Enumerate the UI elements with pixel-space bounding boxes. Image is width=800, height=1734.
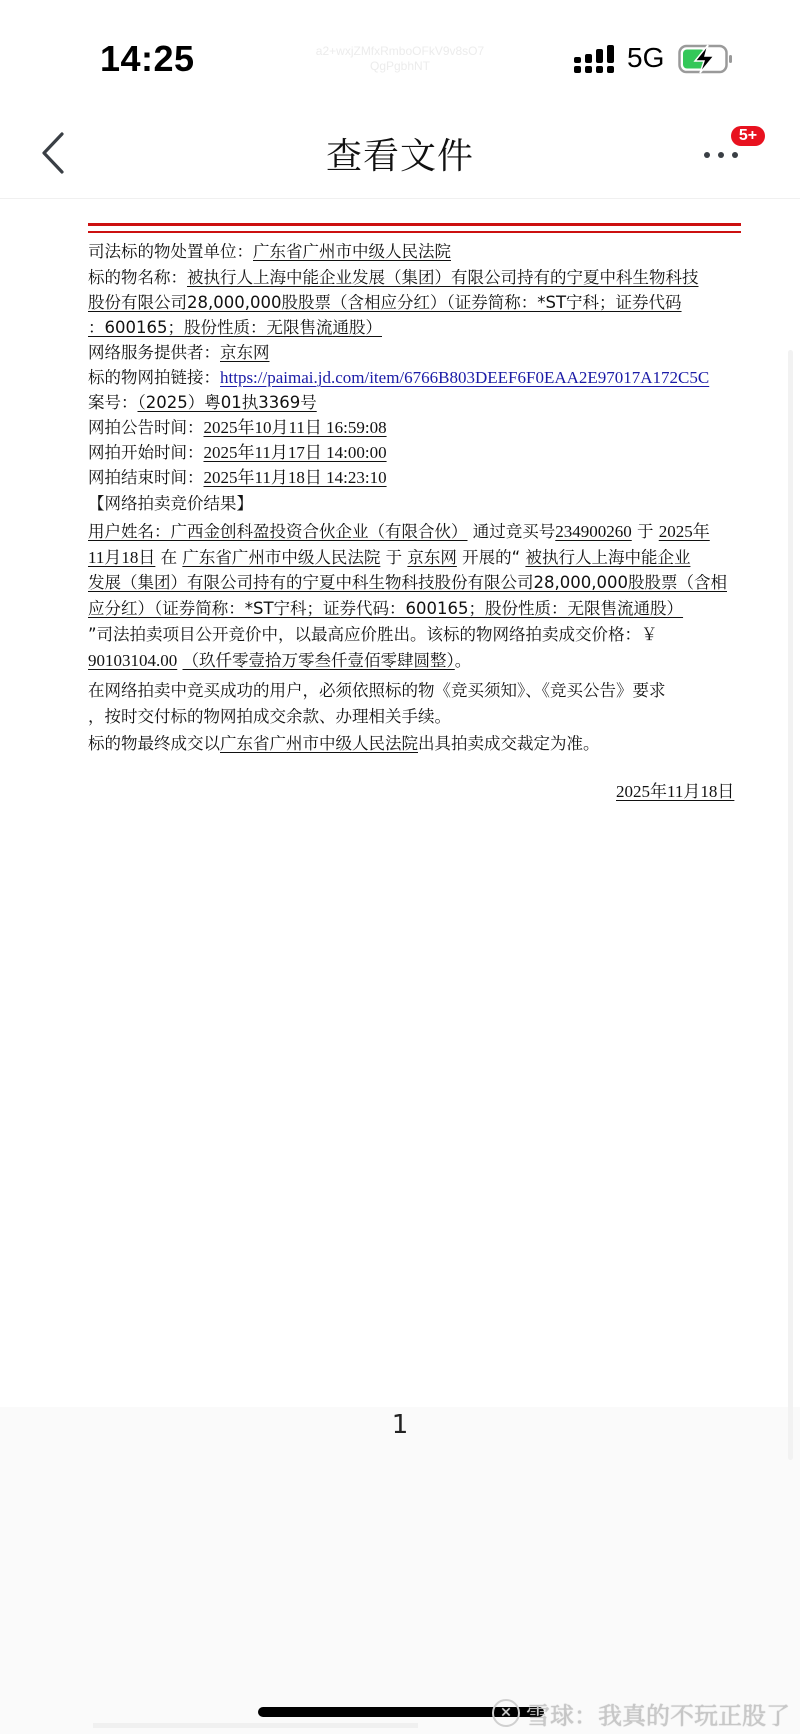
field-value: （2025）粤01执3369号 [138, 393, 317, 412]
network-type: 5G [627, 42, 664, 74]
text: 标的物最终成交以 [88, 734, 220, 753]
item-name: 应分红）（证券简称：*ST宁科；证券代码：600165；股份性质：无限售流通股） [88, 599, 683, 618]
field-value: 广东省广州市中级人民法院 [253, 242, 451, 261]
field-value: 京东网 [220, 343, 270, 362]
field-label: 司法标的物处置单位： [88, 242, 253, 261]
watermark-text: 雪球：我真的不玩正股了 [526, 1696, 790, 1731]
text: 于 [386, 548, 403, 567]
result-line-2: 11月18日 在 广东省广州市中级人民法院 于 京东网 开展的“ 被执行人上海中… [88, 547, 690, 569]
deal-date: 2025年 [659, 522, 710, 541]
notification-badge: 5+ [731, 126, 765, 146]
top-watermark-line2: QgPgbhNT [290, 59, 510, 74]
header-red-line-thin [88, 231, 741, 233]
field-value: 2025年11月18日 14:23:10 [204, 468, 387, 487]
document-page: 司法标的物处置单位：广东省广州市中级人民法院 标的物名称：被执行人上海中能企业发… [0, 200, 800, 1407]
text: ”司法拍卖项目公开竞价中，以最高应价胜出。该标的物网络拍卖成交价格：￥ [88, 625, 658, 644]
nav-header: 查看文件 5+ [0, 100, 800, 199]
header-red-line [88, 223, 741, 226]
top-watermark: a2+wxjZMfxRmboOFkV9v8sO7 QgPgbhNT [290, 44, 510, 74]
status-bar: 14:25 a2+wxjZMfxRmboOFkV9v8sO7 QgPgbhNT … [0, 0, 800, 100]
field-label: 标的物网拍链接： [88, 368, 220, 387]
result-line-5: ”司法拍卖项目公开竞价中，以最高应价胜出。该标的物网络拍卖成交价格：￥ [88, 624, 658, 646]
deal-price-words: （玖仟零壹拾万零叁仟壹佰零肆圆整） [183, 651, 455, 670]
result-heading: 【网络拍卖竞价结果】 [88, 493, 253, 515]
doc-line-case-no: 案号：（2025）粤01执3369号 [88, 392, 317, 414]
bottom-watermark: ✕ 雪球：我真的不玩正股了 [492, 1695, 790, 1731]
platform-name: 京东网 [407, 548, 457, 567]
more-dots-icon [718, 152, 724, 158]
result-line-3: 发展（集团）有限公司持有的宁夏中科生物科技股份有限公司28,000,000股股票… [88, 572, 727, 594]
field-value: 2025年10月11日 16:59:08 [204, 418, 387, 437]
text: 通过竞买号 [473, 522, 556, 541]
bid-number: 234900260 [555, 522, 632, 541]
doc-line-link: 标的物网拍链接：https://paimai.jd.com/item/6766B… [88, 367, 709, 389]
doc-line-announce-time: 网拍公告时间：2025年10月11日 16:59:08 [88, 417, 387, 439]
document-viewer[interactable]: 司法标的物处置单位：广东省广州市中级人民法院 标的物名称：被执行人上海中能企业发… [0, 200, 800, 1734]
status-time: 14:25 [100, 38, 195, 80]
field-label: 网拍公告时间： [88, 418, 204, 437]
doc-line-provider: 网络服务提供者：京东网 [88, 342, 270, 364]
deal-price: 90103104.00 [88, 651, 177, 670]
field-label: 案号： [88, 393, 138, 412]
field-value: ：600165；股份性质：无限售流通股） [88, 318, 382, 337]
text: 在 [161, 548, 178, 567]
signal-icon [574, 45, 614, 73]
battery-charging-icon [678, 44, 734, 74]
field-label: 网络服务提供者： [88, 343, 220, 362]
result-line-4: 应分红）（证券简称：*ST宁科；证券代码：600165；股份性质：无限售流通股） [88, 598, 683, 620]
text: 于 [637, 522, 654, 541]
doc-line-court: 司法标的物处置单位：广东省广州市中级人民法院 [88, 241, 451, 263]
top-watermark-line1: a2+wxjZMfxRmboOFkV9v8sO7 [290, 44, 510, 59]
field-value: 股份有限公司28,000,000股股票（含相应分红）（证券简称：*ST宁科；证券… [88, 293, 682, 312]
buyer-name: 用户姓名：广西金创科盈投资合伙企业（有限合伙） [88, 522, 468, 541]
field-label: 标的物名称： [88, 268, 187, 287]
doc-line-item-name-cont2: ：600165；股份性质：无限售流通股） [88, 317, 382, 339]
doc-line-start-time: 网拍开始时间：2025年11月17日 14:00:00 [88, 442, 387, 464]
home-track [93, 1723, 418, 1728]
court-name: 广东省广州市中级人民法院 [220, 734, 418, 753]
text: 。 [455, 651, 472, 670]
scrollbar[interactable] [788, 350, 793, 1460]
more-dots-icon [704, 152, 710, 158]
signature-date: 2025年11月18日 [616, 781, 734, 803]
court-name: 广东省广州市中级人民法院 [182, 548, 380, 567]
result-line-1: 用户姓名：广西金创科盈投资合伙企业（有限合伙） 通过竞买号234900260 于… [88, 521, 710, 543]
page-number: 1 [0, 1410, 800, 1440]
final-line: 标的物最终成交以广东省广州市中级人民法院出具拍卖成交裁定为准。 [88, 733, 600, 755]
notice-line-1: 在网络拍卖中竞买成功的用户，必须依照标的物《竞买须知》、《竞买公告》要求 [88, 680, 666, 702]
auction-link[interactable]: https://paimai.jd.com/item/6766B803DEEF6… [220, 368, 709, 387]
text: 开展的“ [462, 548, 520, 567]
field-value: 2025年11月17日 14:00:00 [204, 443, 387, 462]
page-title: 查看文件 [0, 128, 800, 179]
field-label: 网拍开始时间： [88, 443, 204, 462]
doc-line-item-name-cont: 股份有限公司28,000,000股股票（含相应分红）（证券简称：*ST宁科；证券… [88, 292, 682, 314]
notice-line-2: ，按时交付标的物网拍成交余款、办理相关手续。 [88, 706, 451, 728]
sign-date: 2025年11月18日 [616, 782, 734, 801]
more-dots-icon [732, 152, 738, 158]
xueqiu-logo-icon: ✕ [492, 1699, 520, 1727]
doc-line-end-time: 网拍结束时间：2025年11月18日 14:23:10 [88, 467, 387, 489]
item-name: 发展（集团）有限公司持有的宁夏中科生物科技股份有限公司28,000,000股股票… [88, 573, 727, 592]
field-value: 被执行人上海中能企业发展（集团）有限公司持有的宁夏中科生物科技 [187, 268, 699, 287]
field-label: 网拍结束时间： [88, 468, 204, 487]
result-line-6: 90103104.00 （玖仟零壹拾万零叁仟壹佰零肆圆整）。 [88, 650, 471, 672]
text: 出具拍卖成交裁定为准。 [418, 734, 600, 753]
doc-line-item-name: 标的物名称：被执行人上海中能企业发展（集团）有限公司持有的宁夏中科生物科技 [88, 267, 699, 289]
item-name: 被执行人上海中能企业 [525, 548, 690, 567]
deal-date: 11月18日 [88, 548, 155, 567]
